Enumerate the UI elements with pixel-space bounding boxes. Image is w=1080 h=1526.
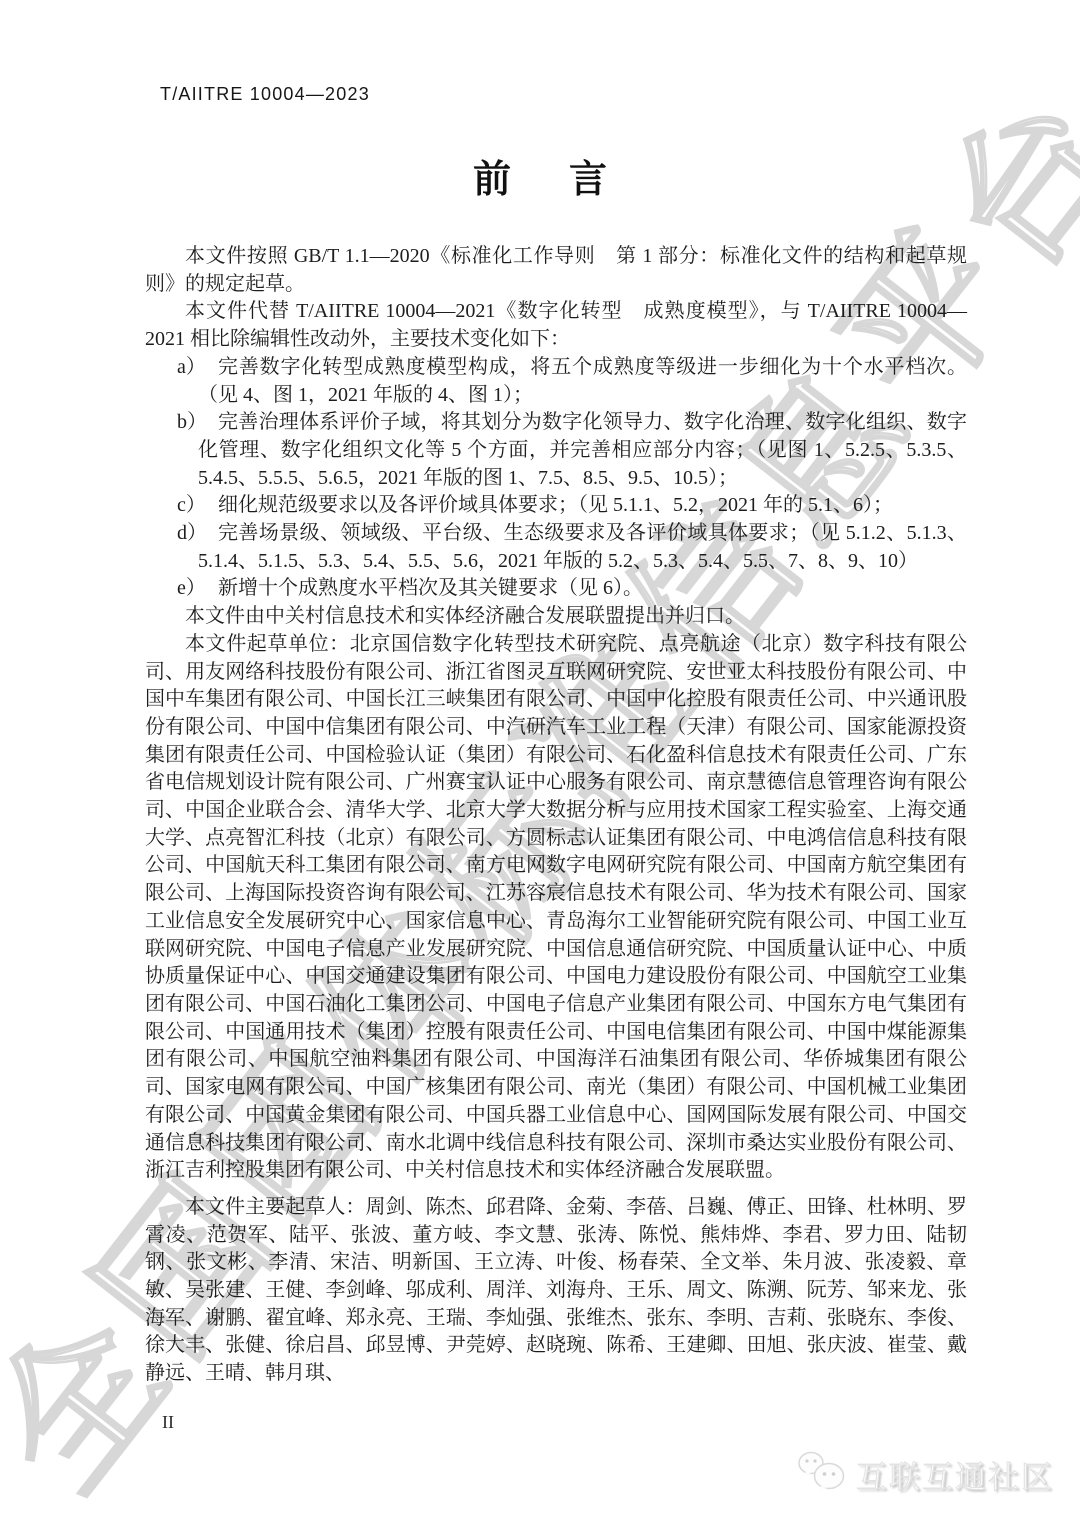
list-item-label: b） <box>177 409 207 437</box>
paragraph: 本文件主要起草人：周剑、陈杰、邱君降、金菊、李蓓、吕巍、傅正、田锋、杜林明、罗霄… <box>145 1194 967 1388</box>
list-item-label: d） <box>177 520 207 548</box>
page-title-char-1: 前 <box>473 148 511 203</box>
paragraph: 本文件按照 GB/T 1.1—2020《标准化工作导则 第 1 部分：标准化文件… <box>145 243 967 298</box>
page-title: 前 言 <box>0 148 1080 203</box>
page-title-char-2: 言 <box>569 148 607 203</box>
footer-brand: 互联互通社区 <box>796 1450 1054 1499</box>
paragraph: 本文件起草单位：北京国信数字化转型技术研究院、点亮航途（北京）数字科技有限公司、… <box>145 631 967 1185</box>
page-number: II <box>162 1412 174 1433</box>
change-list-item: e）新增十个成熟度水平档次及其关键要求（见 6）。 <box>145 575 967 603</box>
list-item-text: 完善数字化转型成熟度模型构成，将五个成熟度等级进一步细化为十个水平档次。（见 4… <box>198 356 967 406</box>
wechat-icon <box>796 1450 848 1499</box>
list-item-label: a） <box>177 354 206 382</box>
list-item-label: e） <box>177 575 206 603</box>
list-item-text: 细化规范级要求以及各评价域具体要求；（见 5.1.1、5.2，2021 年的 5… <box>218 494 893 516</box>
footer-brand-text: 互联互通社区 <box>856 1452 1054 1497</box>
list-item-text: 完善场景级、领域级、平台级、生态级要求及各评价域具体要求；（见 5.1.2、5.… <box>198 522 967 572</box>
change-list-item: c）细化规范级要求以及各评价域具体要求；（见 5.1.1、5.2，2021 年的… <box>145 492 967 520</box>
list-item-text: 完善治理体系评价子域，将其划分为数字化领导力、数字化治理、数字化组织、数字化管理… <box>198 411 967 488</box>
paragraph: 本文件代替 T/AIITRE 10004—2021《数字化转型 成熟度模型》，与… <box>145 298 967 353</box>
change-list-item: b）完善治理体系评价子域，将其划分为数字化领导力、数字化治理、数字化组织、数字化… <box>145 409 967 492</box>
list-item-text: 新增十个成熟度水平档次及其关键要求（见 6）。 <box>218 577 643 599</box>
document-page: 全国团体标准信息平台 T/AIITRE 10004—2023 前 言 本文件按照… <box>0 0 1080 1526</box>
change-list-item: d）完善场景级、领域级、平台级、生态级要求及各评价域具体要求；（见 5.1.2、… <box>145 520 967 575</box>
change-list-item: a）完善数字化转型成熟度模型构成，将五个成熟度等级进一步细化为十个水平档次。（见… <box>145 354 967 409</box>
paragraph: 本文件由中关村信息技术和实体经济融合发展联盟提出并归口。 <box>145 603 967 631</box>
list-item-label: c） <box>177 492 206 520</box>
foreword-body: 本文件按照 GB/T 1.1—2020《标准化工作导则 第 1 部分：标准化文件… <box>145 243 967 1388</box>
standard-number-header: T/AIITRE 10004—2023 <box>160 84 370 105</box>
